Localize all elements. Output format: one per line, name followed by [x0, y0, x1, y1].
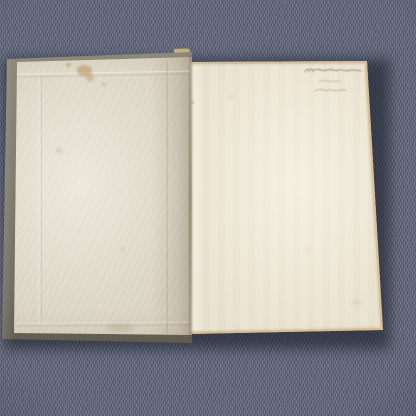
inscription-stroke [305, 69, 361, 72]
page-edge-toning [188, 58, 385, 336]
left-cover-board [2, 52, 192, 344]
pastedown-endpaper [2, 52, 192, 344]
handwritten-inscription [303, 64, 365, 98]
cloth-turn-in-edge-left [38, 74, 42, 323]
hinge-crease [166, 60, 170, 338]
flyleaf-page [188, 58, 385, 336]
inscription-stroke [315, 89, 346, 91]
photo-open-book-on-denim [0, 0, 416, 416]
inscription-stroke [319, 80, 340, 82]
gutter-fold-shadow [189, 54, 192, 340]
